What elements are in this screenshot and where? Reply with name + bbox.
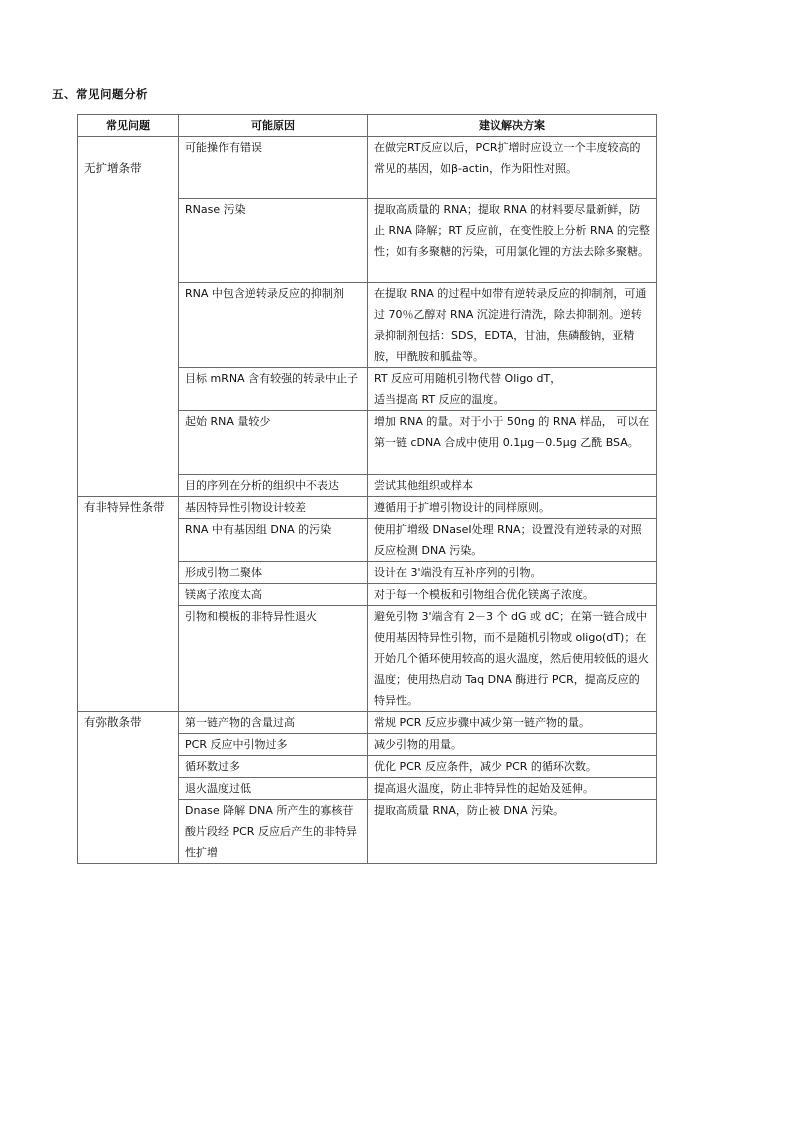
cause-cell: 退火温度过低 — [179, 778, 368, 800]
cause-cell: RNA 中有基因组 DNA 的污染 — [179, 519, 368, 562]
solution-cell: 常规 PCR 反应步骤中减少第一链产物的量。 — [368, 712, 657, 734]
cause-cell: 循环数过多 — [179, 756, 368, 778]
solution-cell: RT 反应可用随机引物代替 Oligo dT， 适当提高 RT 反应的温度。 — [368, 368, 657, 411]
problem-nonspecific-bands: 有非特异性条带 — [78, 497, 179, 712]
solution-cell: 在做完RT反应以后，PCR扩增时应设立一个丰度较高的常见的基因，如β-actin… — [368, 137, 657, 199]
solution-cell: 尝试其他组织或样本 — [368, 475, 657, 497]
problem-no-amplification: 无扩增条带 — [78, 137, 179, 497]
cause-cell: RNA 中包含逆转录反应的抑制剂 — [179, 283, 368, 368]
cause-cell: RNase 污染 — [179, 199, 368, 283]
solution-cell: 提高退火温度，防止非特异性的起始及延伸。 — [368, 778, 657, 800]
solution-cell: 避免引物 3'端含有 2－3 个 dG 或 dC；在第一链合成中使用基因特异性引… — [368, 606, 657, 712]
table-row: 无扩增条带 可能操作有错误 在做完RT反应以后，PCR扩增时应设立一个丰度较高的… — [78, 137, 657, 199]
section-number: 五、 — [52, 86, 76, 102]
cause-cell: Dnase 降解 DNA 所产生的寡核苷酸片段经 PCR 反应后产生的非特异性扩… — [179, 800, 368, 864]
cause-cell: 基因特异性引物设计较差 — [179, 497, 368, 519]
cause-cell: 目标 mRNA 含有较强的转录中止子 — [179, 368, 368, 411]
cause-cell: 可能操作有错误 — [179, 137, 368, 199]
solution-cell: 在提取 RNA 的过程中如带有逆转录反应的抑制剂，可通过 70％乙醇对 RNA … — [368, 283, 657, 368]
solution-line: RT 反应可用随机引物代替 Oligo dT， — [374, 368, 650, 389]
problem-smeared-bands: 有弥散条带 — [78, 712, 179, 864]
cause-cell: 第一链产物的含量过高 — [179, 712, 368, 734]
solution-cell: 减少引物的用量。 — [368, 734, 657, 756]
cause-cell: 目的序列在分析的组织中不表达 — [179, 475, 368, 497]
table-row: 有弥散条带 第一链产物的含量过高 常规 PCR 反应步骤中减少第一链产物的量。 — [78, 712, 657, 734]
cause-cell: 起始 RNA 量较少 — [179, 411, 368, 475]
solution-cell: 遵循用于扩增引物设计的同样原则。 — [368, 497, 657, 519]
table-header-row: 常见问题 可能原因 建议解决方案 — [78, 115, 657, 137]
cause-cell: 形成引物二聚体 — [179, 562, 368, 584]
section-heading: 五、 常见问题分析 — [52, 86, 148, 102]
table-row: 有非特异性条带 基因特异性引物设计较差 遵循用于扩增引物设计的同样原则。 — [78, 497, 657, 519]
troubleshooting-table: 常见问题 可能原因 建议解决方案 无扩增条带 可能操作有错误 在做完RT反应以后… — [77, 114, 657, 864]
cause-cell: PCR 反应中引物过多 — [179, 734, 368, 756]
section-title: 常见问题分析 — [76, 86, 148, 102]
solution-cell: 使用扩增级 DNaseⅠ处理 RNA；设置没有逆转录的对照反应检测 DNA 污染… — [368, 519, 657, 562]
header-cause: 可能原因 — [179, 115, 368, 137]
cause-cell: 引物和模板的非特异性退火 — [179, 606, 368, 712]
solution-line: 适当提高 RT 反应的温度。 — [374, 389, 650, 410]
solution-cell: 提取高质量的 RNA；提取 RNA 的材料要尽量新鲜，防止 RNA 降解；RT … — [368, 199, 657, 283]
header-solution: 建议解决方案 — [368, 115, 657, 137]
cause-cell: 镁离子浓度太高 — [179, 584, 368, 606]
solution-cell: 优化 PCR 反应条件，减少 PCR 的循环次数。 — [368, 756, 657, 778]
solution-cell: 对于每一个模板和引物组合优化镁离子浓度。 — [368, 584, 657, 606]
solution-cell: 设计在 3'端没有互补序列的引物。 — [368, 562, 657, 584]
header-problem: 常见问题 — [78, 115, 179, 137]
solution-cell: 提取高质量 RNA，防止被 DNA 污染。 — [368, 800, 657, 864]
solution-cell: 增加 RNA 的量。对于小于 50ng 的 RNA 样品， 可以在第一链 cDN… — [368, 411, 657, 475]
